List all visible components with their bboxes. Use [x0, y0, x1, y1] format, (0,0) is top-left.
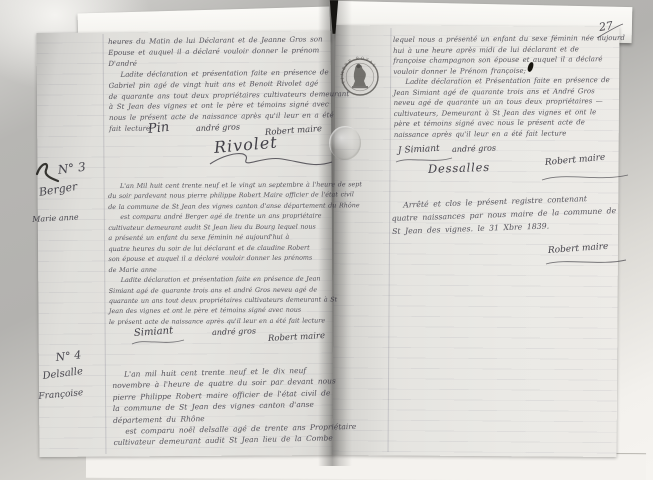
signature-rivolet-flourish: [206, 150, 336, 172]
page-number-flourish: [595, 22, 625, 40]
signature-andre-gros: andré gros: [196, 122, 240, 133]
act-3-paragraph: L'an Mil huit cent trente neuf et le vin…: [108, 179, 333, 327]
act-4-end-paragraph: lequel nous a présenté un enfant du sexe…: [393, 33, 622, 140]
manuscript-line: son épouse et auquel il a déclaré vouloi…: [109, 253, 333, 265]
signature-simiant-flourish: [130, 336, 186, 348]
signature-mayor-closing-flourish: [544, 256, 628, 268]
manuscript-line: le présent acte de naissance après qu'il…: [109, 315, 333, 327]
act-4-start-paragraph: L'an mil huit cent trente neuf et le dix…: [112, 364, 336, 448]
signature-pin: Pin: [147, 120, 170, 137]
manuscript-line: lequel nous a présenté un enfant du sexe…: [393, 33, 621, 45]
signature-andre-gros: andré gros: [212, 326, 256, 337]
revenue-stamp-icon: TIMBRE ROYAL: [340, 56, 380, 98]
act-2-end-paragraph: heures du Matin de lui Déclarant et de J…: [108, 34, 333, 135]
margin-act-number-4: N° 4: [55, 348, 82, 364]
manuscript-line: naissance après qu'il leur en a été fait…: [394, 128, 622, 140]
register-scan: heures du Matin de lui Déclarant et de J…: [0, 0, 653, 480]
signature-andre-gros: andré gros: [452, 143, 496, 154]
manuscript-line: cultivateur demeurant audit St Jean lieu…: [108, 221, 332, 233]
signature-mayor-flourish: [540, 170, 630, 184]
manuscript-line: françoise champagnon son épouse et auque…: [393, 54, 621, 66]
register-closing-paragraph: Arrêté et clos le présent registre conte…: [391, 191, 622, 238]
signature-dessalles: Dessalles: [428, 160, 490, 176]
ink-flourish-mark: [34, 158, 62, 186]
